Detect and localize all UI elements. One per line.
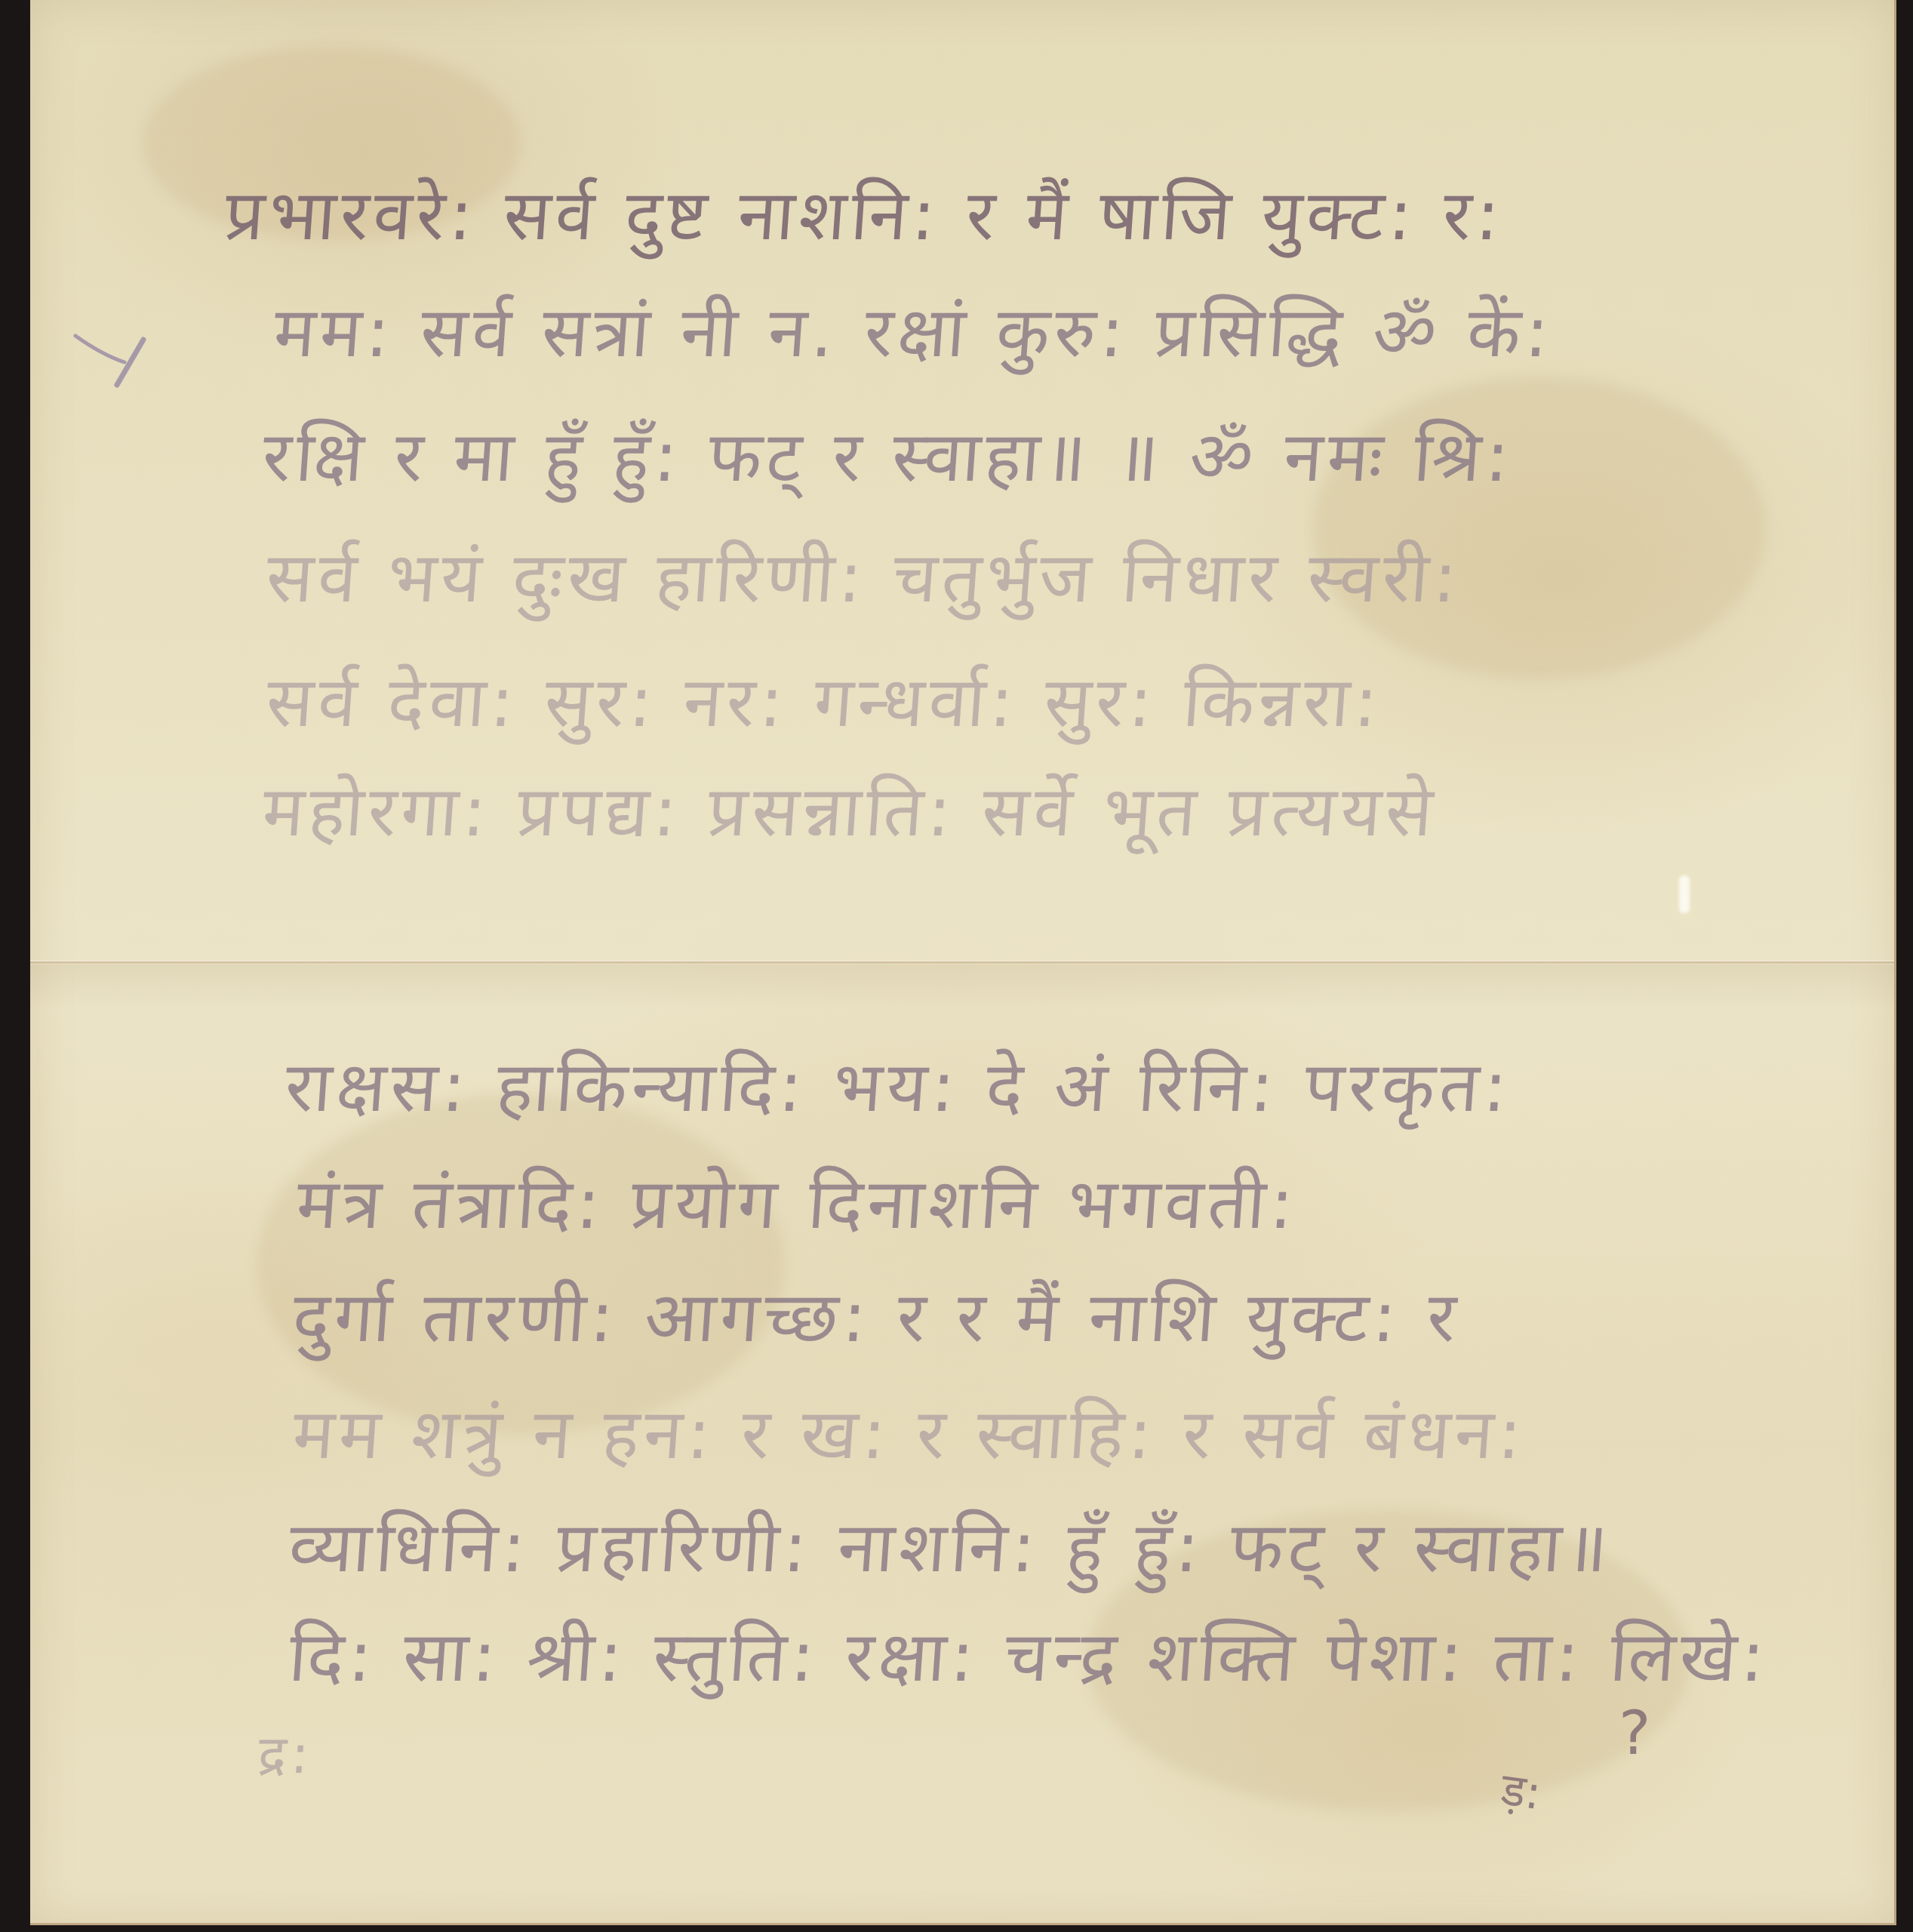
paper-stain xyxy=(257,1094,785,1434)
manuscript-line: प्रभारवरे: सर्व दुष्ट नाशनि: र मैं षाजि … xyxy=(223,181,1506,251)
manuscript-line: दि: सा: श्री: स्तुति: रक्षा: चन्द्र शक्त… xyxy=(287,1623,1771,1692)
manuscript-line: दुर्गा तारणी: आगच्छ: र र मैं नाशि युक्ट:… xyxy=(291,1283,1462,1352)
manuscript-line: मंत्र तंत्रादि: प्रयोग दिनाशनि भगवती: xyxy=(294,1170,1300,1239)
manuscript-line: रक्षि र मा हुँ हुँ: फट् र स्वाहा॥ ॥ ॐ नम… xyxy=(260,423,1516,492)
manuscript-line: मम शत्रुं न हन: र ख: र स्वाहि: र सर्व बं… xyxy=(291,1400,1528,1469)
ink-mark: ? xyxy=(1619,1698,1650,1768)
manuscript-line: राक्षस: हाकिन्यादि: भय: दे अं रिनि: परकृ… xyxy=(283,1053,1514,1122)
manuscript-line: सर्व भयं दुःख हारिणी: चतुर्भुज निधार स्व… xyxy=(264,543,1464,613)
manuscript-line: द्र: xyxy=(257,1728,315,1781)
paper-wear-spot xyxy=(1679,875,1690,913)
manuscript-leaf: प्रभारवरे: सर्व दुष्ट नाशनि: र मैं षाजि … xyxy=(30,0,1896,1925)
manuscript-line: महोरगा: प्रपद्य: प्रसन्नाति: सर्वे भूत प… xyxy=(260,777,1440,847)
ink-mark: ड़: xyxy=(1498,1756,1545,1823)
paper-fold-shadow xyxy=(30,964,1894,1010)
manuscript-line: सर्व देवा: सुर: नर: गन्धर्वा: सुर: किन्न… xyxy=(264,668,1385,737)
manuscript-line: व्याधिनि: प्रहारिणी: नाशनि: हुँ हुँ: फट्… xyxy=(287,1513,1614,1583)
manuscript-photo: प्रभारवरे: सर्व दुष्ट नाशनि: र मैं षाजि … xyxy=(0,0,1913,1932)
margin-scribble-icon xyxy=(72,332,155,392)
manuscript-line: मम: सर्व सत्रां नी न. रक्षां कुरु: प्रसि… xyxy=(272,298,1555,368)
